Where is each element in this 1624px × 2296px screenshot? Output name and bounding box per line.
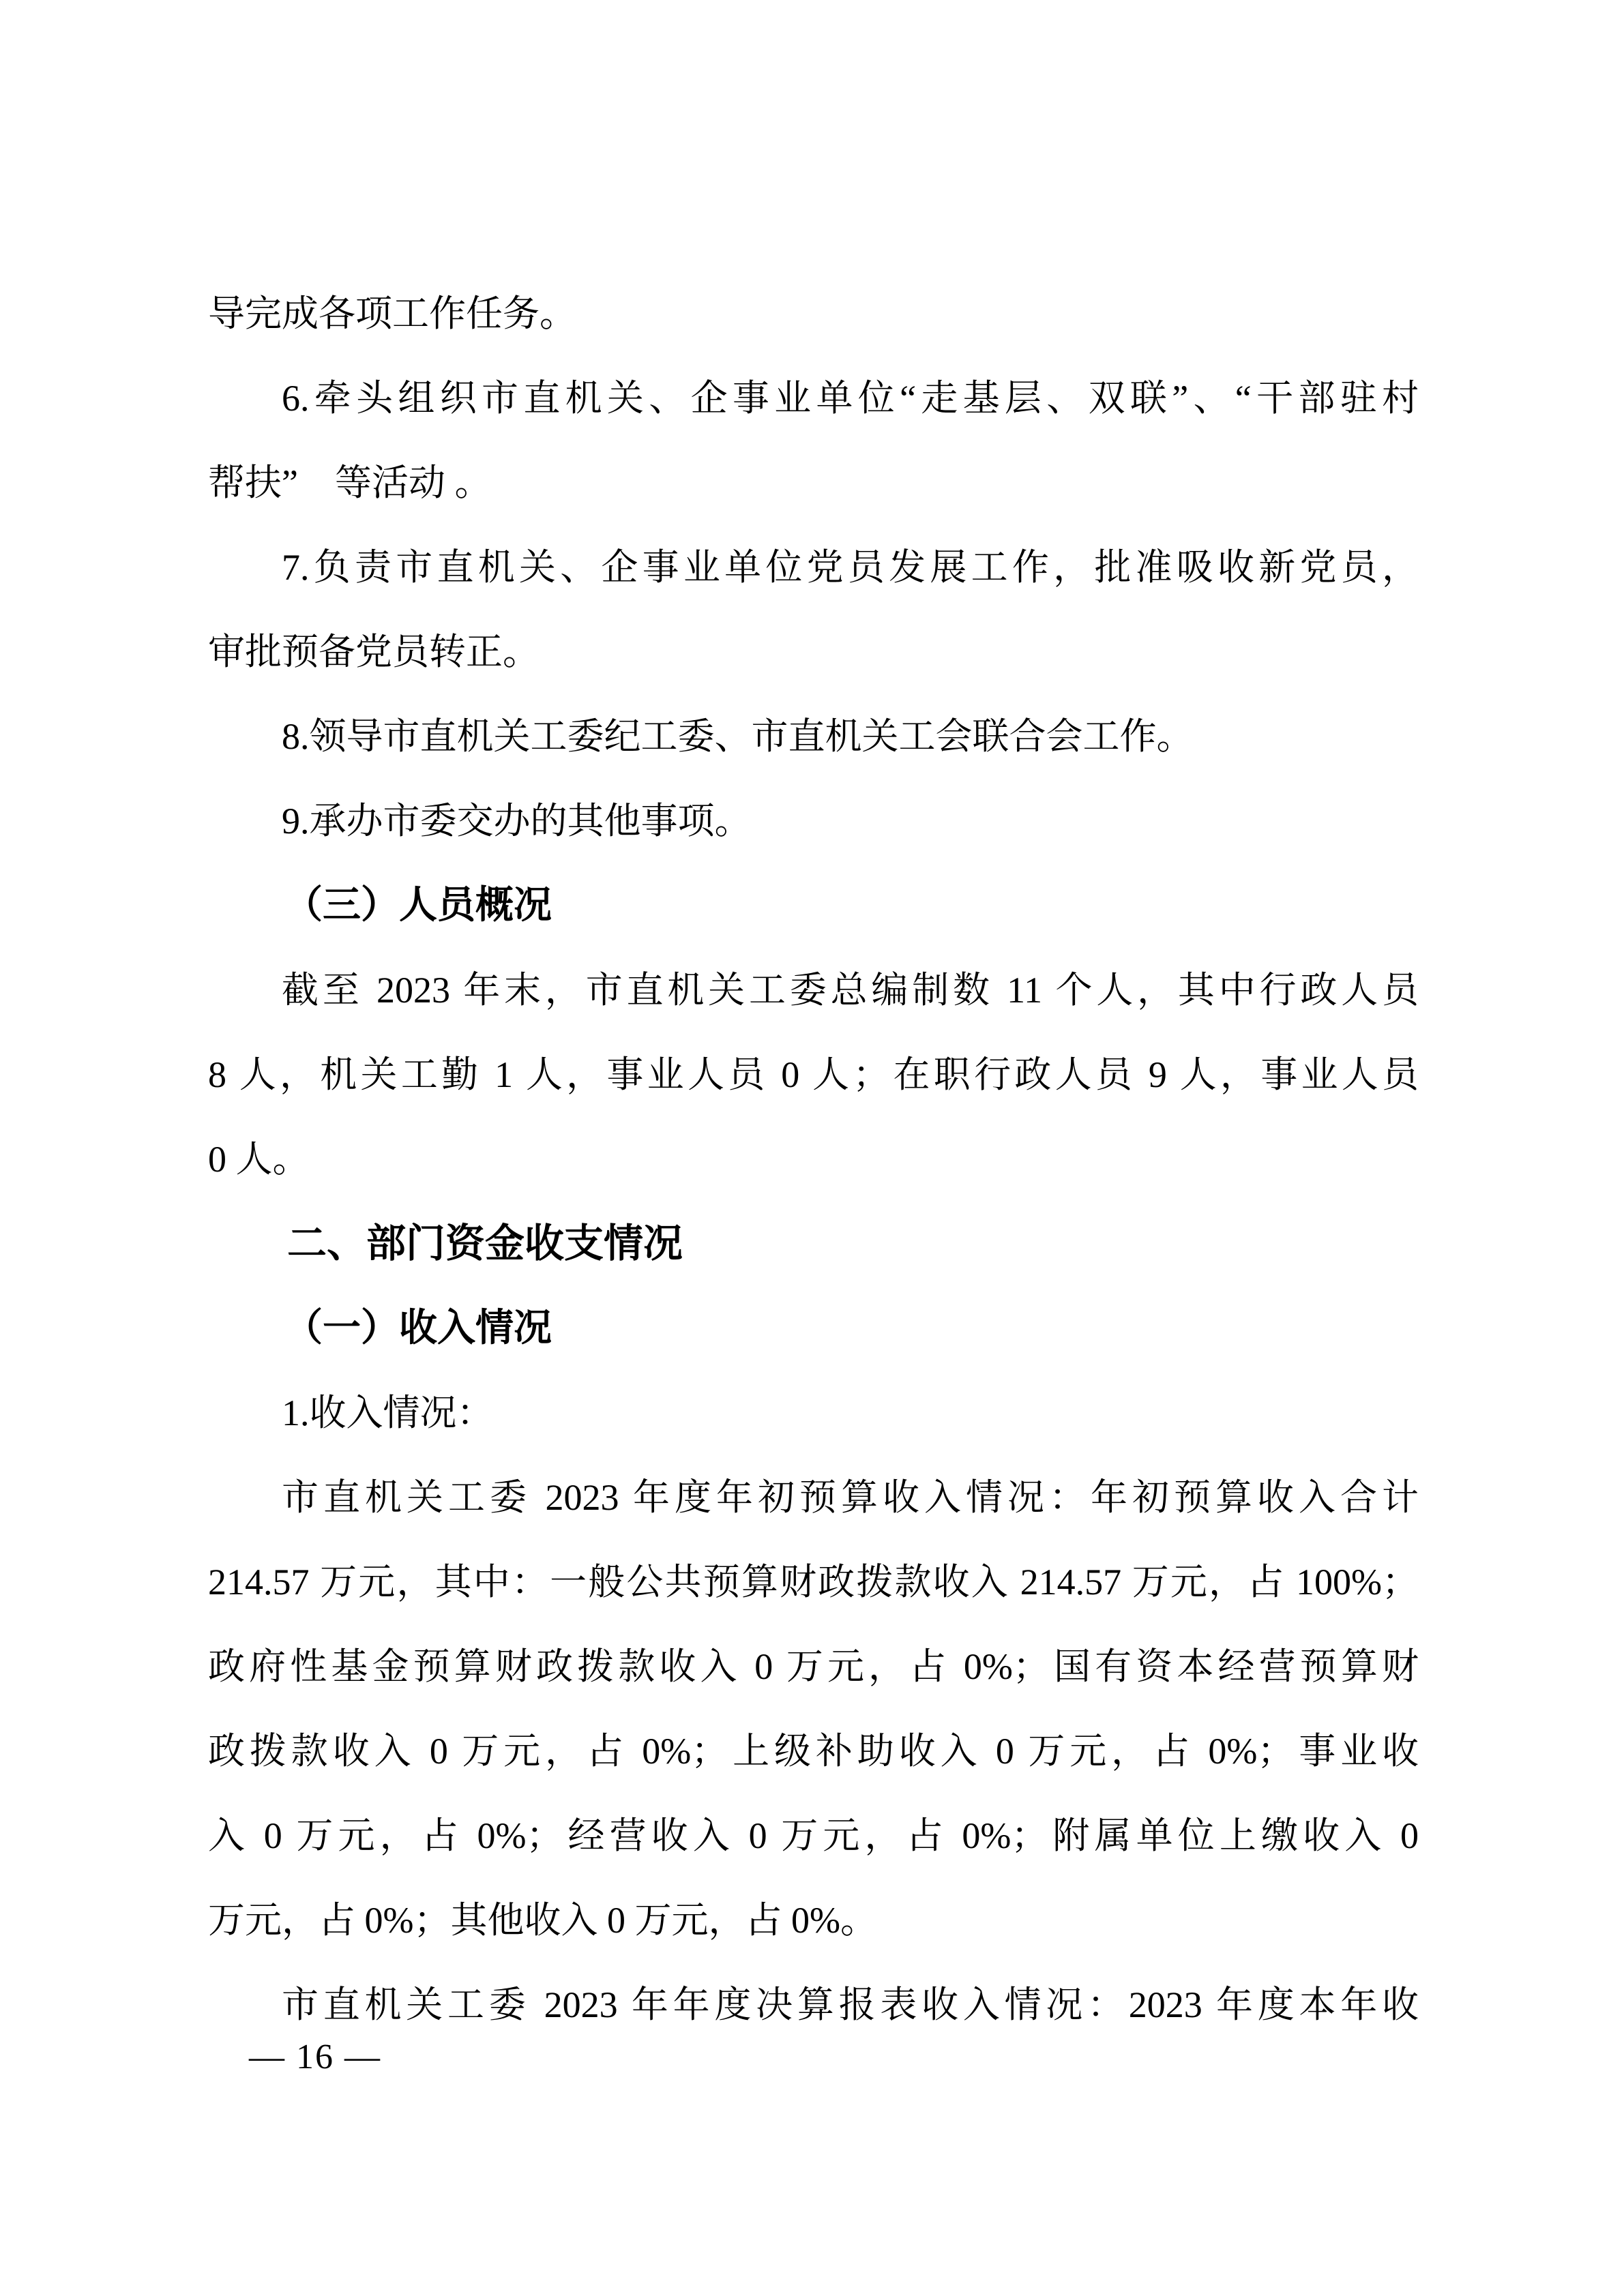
budget-income-paragraph-line-2: 214.57 万元，其中：一般公共预算财政拨款收入 214.57 万元，占 10… xyxy=(208,1540,1419,1624)
duty-item-6-line-2: 帮扶” 等活动 。 xyxy=(208,441,1419,525)
budget-income-paragraph-line-6: 万元，占 0%；其他收入 0 万元，占 0%。 xyxy=(208,1878,1419,1963)
subsection-heading-income: （一）收入情况 xyxy=(208,1286,1419,1371)
budget-income-paragraph-line-1: 市直机关工委 2023 年度年初预算收入情况：年初预算收入合计 xyxy=(208,1455,1419,1540)
subsection-heading-personnel: （三）人员概况 xyxy=(208,863,1419,948)
income-item-label: 1.收入情况： xyxy=(208,1371,1419,1455)
budget-income-paragraph-line-3: 政府性基金预算财政拨款收入 0 万元，占 0%；国有资本经营预算财 xyxy=(208,1624,1419,1709)
duty-item-9: 9.承办市委交办的其他事项。 xyxy=(208,779,1419,863)
duty-item-8: 8.领导市直机关工委纪工委、市直机关工会联合会工作。 xyxy=(208,694,1419,779)
budget-income-paragraph-line-4: 政拨款收入 0 万元，占 0%；上级补助收入 0 万元，占 0%；事业收 xyxy=(208,1709,1419,1793)
document-body: 导完成各项工作任务。 6.牵头组织市直机关、企事业单位“走基层、双联”、“干部驻… xyxy=(208,271,1419,2047)
page-number: — 16 — xyxy=(249,2038,381,2077)
final-accounts-paragraph-line-1: 市直机关工委 2023 年年度决算报表收入情况：2023 年度本年收 xyxy=(208,1963,1419,2047)
duty-item-6-line-1: 6.牵头组织市直机关、企事业单位“走基层、双联”、“干部驻村 xyxy=(208,356,1419,441)
personnel-paragraph-line-3: 0 人。 xyxy=(208,1117,1419,1202)
personnel-paragraph-line-2: 8 人，机关工勤 1 人，事业人员 0 人；在职行政人员 9 人，事业人员 xyxy=(208,1032,1419,1117)
duty-item-7-line-2: 审批预备党员转正。 xyxy=(208,610,1419,694)
budget-income-paragraph-line-5: 入 0 万元，占 0%；经营收入 0 万元，占 0%；附属单位上缴收入 0 xyxy=(208,1793,1419,1878)
section-heading-funds: 二、部门资金收支情况 xyxy=(208,1202,1419,1286)
personnel-paragraph-line-1: 截至 2023 年末，市直机关工委总编制数 11 个人，其中行政人员 xyxy=(208,948,1419,1032)
document-page: 导完成各项工作任务。 6.牵头组织市直机关、企事业单位“走基层、双联”、“干部驻… xyxy=(0,0,1624,2296)
duty-item-7-line-1: 7.负责市直机关、企事业单位党员发展工作，批准吸收新党员， xyxy=(208,525,1419,610)
paragraph-continuation-line: 导完成各项工作任务。 xyxy=(208,271,1419,356)
